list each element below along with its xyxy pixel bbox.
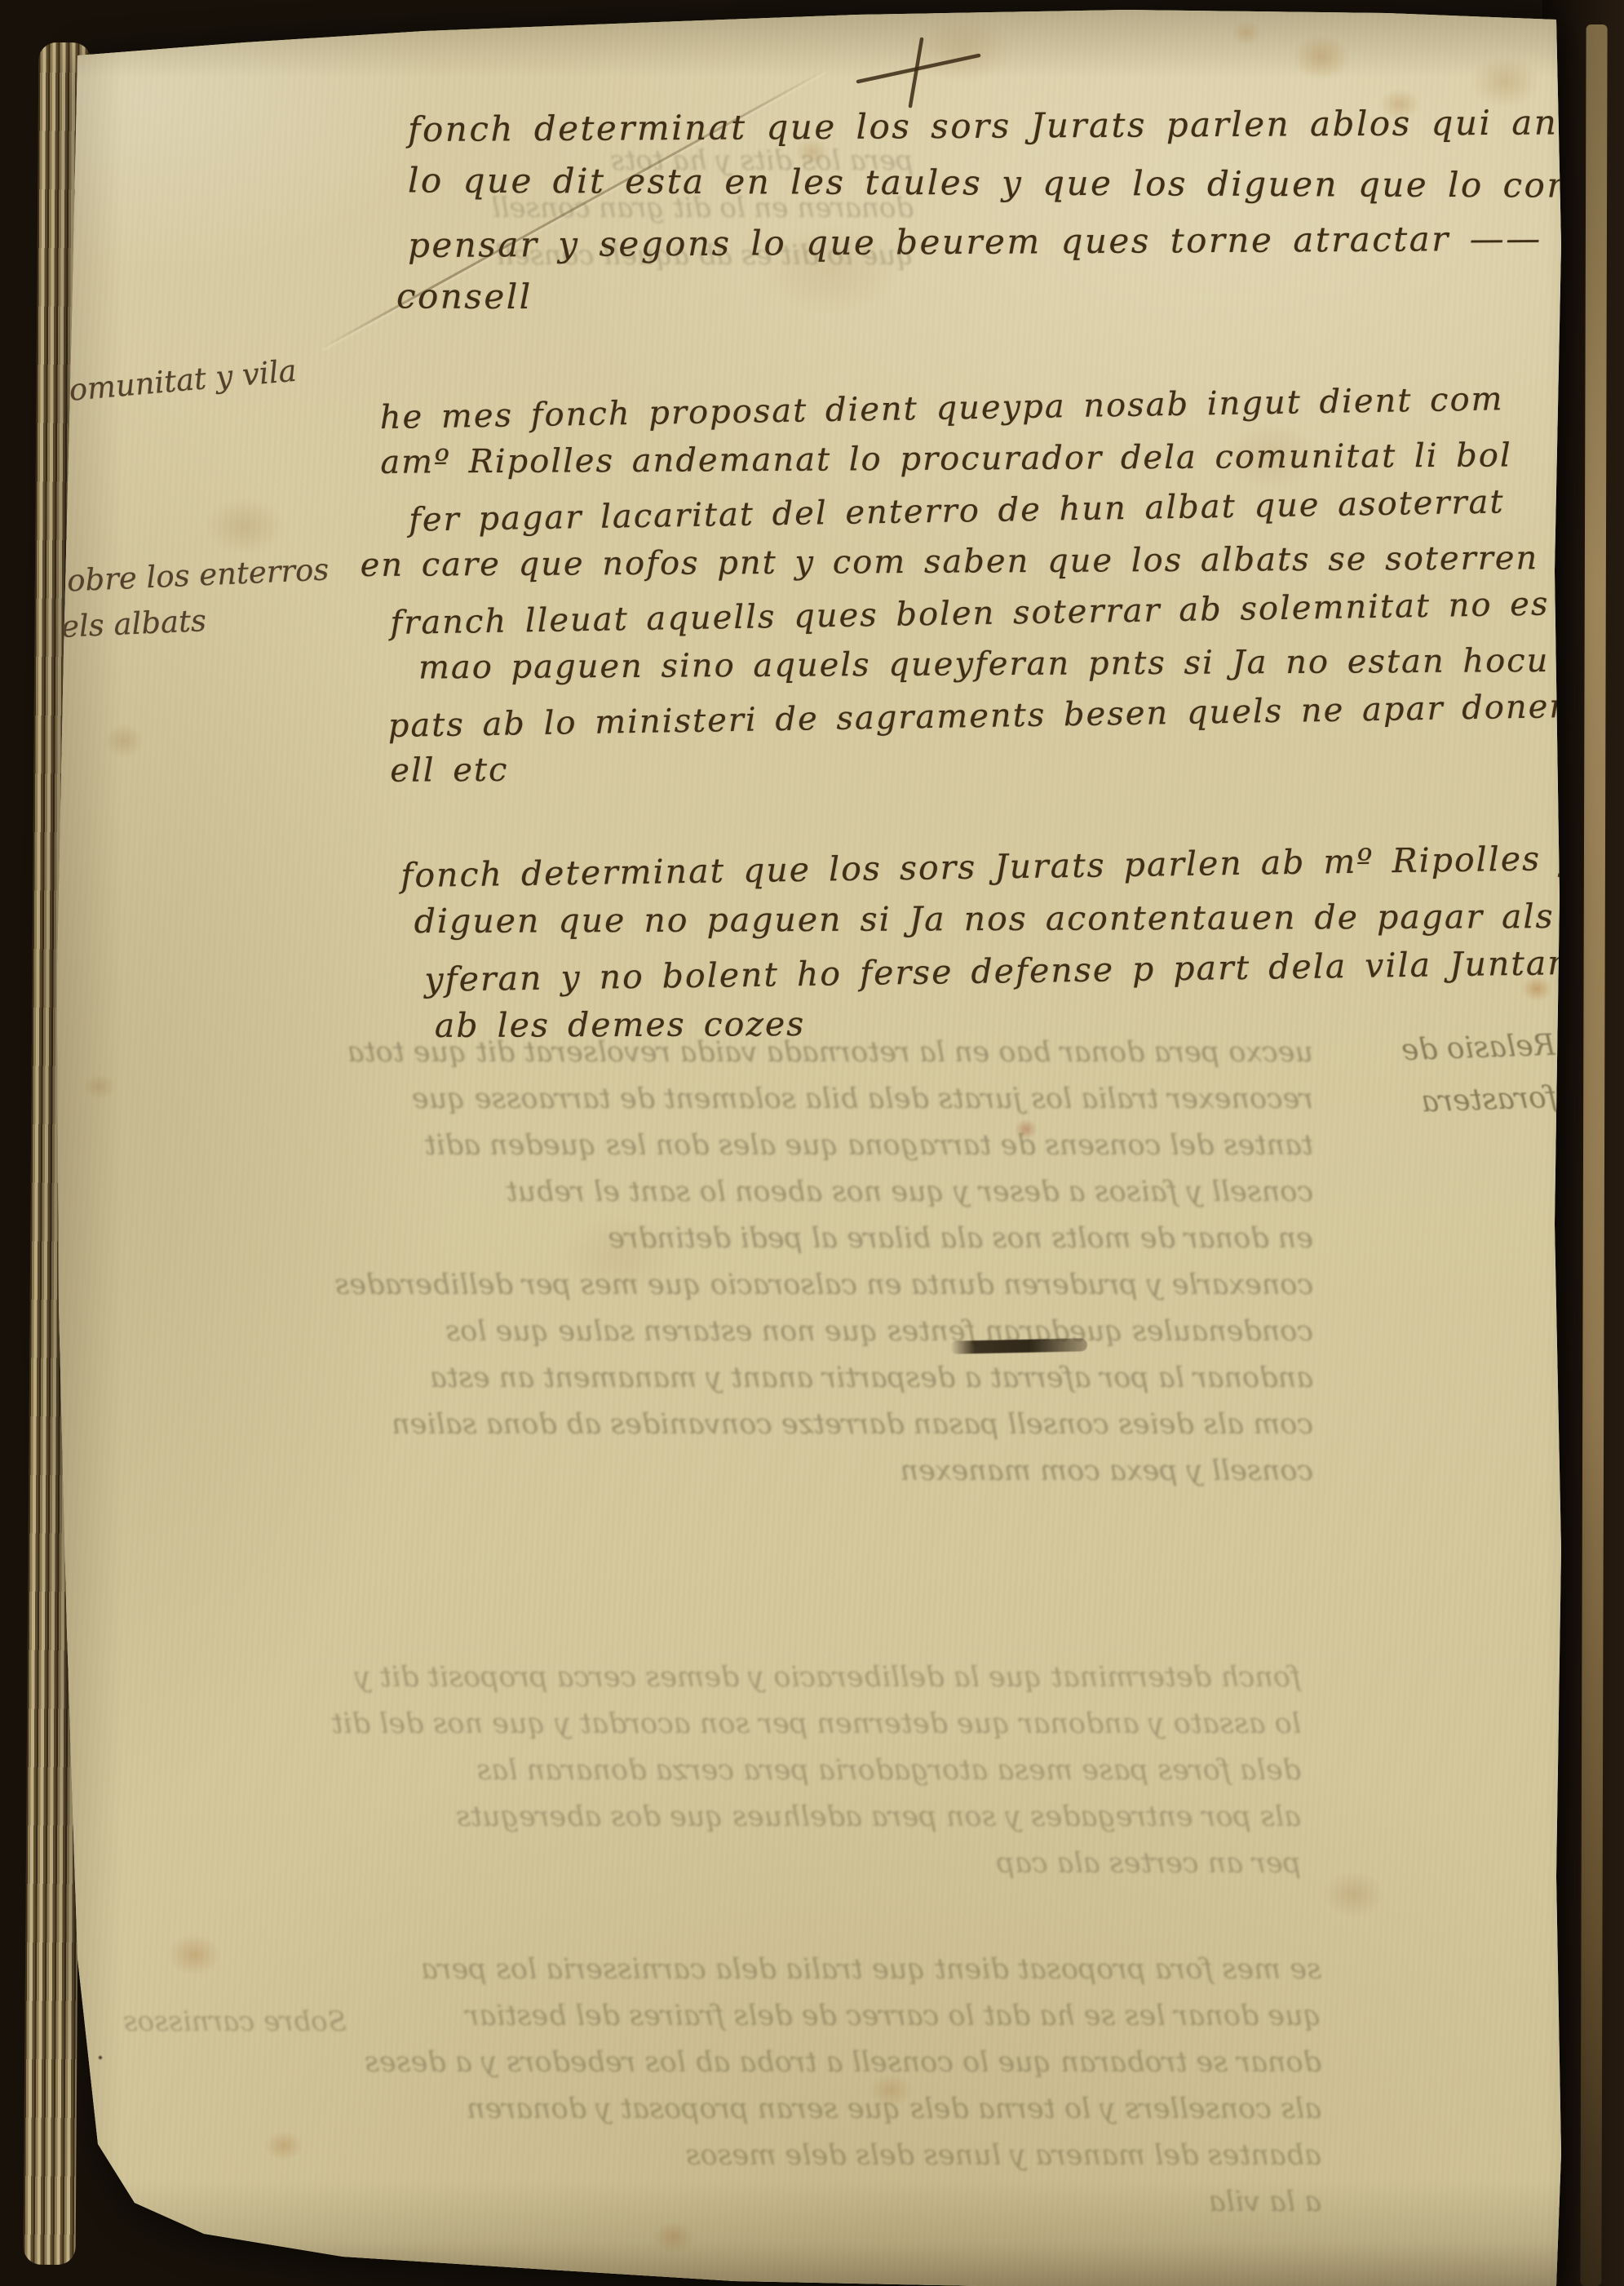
text-line: lo assato y andonar que deternen per son… [77, 1701, 1301, 1748]
text-line: consell y faisos a deser y que nos abeon… [77, 1169, 1313, 1216]
text-line: com als deies consell pasan darretze con… [77, 1402, 1313, 1448]
text-line: conexarle y pruderen dunta en calsoracio… [77, 1262, 1313, 1309]
text-line: en donar de molts nos ala bilare al pedi… [77, 1216, 1313, 1262]
manuscript-page: pera los dits y ha totsdonaren en lo dit… [0, 0, 1624, 2286]
text-line: uecxo pera donar bao en la retornada vai… [77, 1030, 1313, 1076]
text-line: se mes fora proposat dient que tralia de… [294, 1947, 1321, 1993]
text-line: que donar les se ha dat lo carrec de del… [294, 1993, 1321, 2040]
text-line: consell [396, 267, 1624, 330]
text-line: forastera [1292, 1072, 1558, 1133]
text-line: consell y pexa com manexen [77, 1448, 1313, 1495]
bleedthrough-text-block-3: se mes fora proposat dient que tralia de… [294, 1947, 1321, 2226]
margin-note-burials: Sobre los enterrosdels albats [46, 547, 332, 650]
text-line: fonch determinat que la delliberacio y d… [77, 1655, 1301, 1701]
bleedthrough-text-block-2: fonch determinat que la delliberacio y d… [77, 1655, 1301, 1887]
text-line: condenaules quedaran fentes que non esta… [77, 1309, 1313, 1355]
paragraph-resolution-2: fonch determinat que los sors Jurats par… [400, 835, 1624, 1054]
text-line: per an certes ala cap [77, 1841, 1301, 1887]
paragraph-proposal-burials: he mes fonch proposat dient queypa nosab… [379, 375, 1624, 800]
text-line: dela fores pase mesa atorgadoria pera ce… [77, 1748, 1301, 1794]
text-line: pensar y segons lo que beurem ques torne… [408, 208, 1624, 274]
text-line: andonar la por aferrat a despartir anant… [77, 1355, 1313, 1402]
text-line: als por entregades y son pera adelhues q… [77, 1794, 1301, 1841]
text-line: reconexer tralia los jurats dela bila so… [77, 1076, 1313, 1123]
text-line: ell etc [390, 738, 1624, 797]
text-line: fonch determinat que los sors Jurats par… [408, 92, 1624, 158]
text-line: donar se trobaran que lo consell a troba… [294, 2040, 1321, 2086]
text-line: als consellers y lo terna dels que seran… [294, 2086, 1321, 2133]
text-line: abantes del manera y lunes dels dele mes… [294, 2133, 1321, 2179]
paragraph-resolution-1: fonch determinat que los sors Jurats par… [408, 96, 1624, 328]
bleedthrough-text-block-1: uecxo pera donar bao en la retornada vai… [77, 1030, 1313, 1495]
page-wrap: pera los dits y ha totsdonaren en lo dit… [0, 0, 1624, 2286]
text-line: lo que dit esta en les taules y que los … [408, 151, 1624, 215]
text-line: tantes del consens de tarragona que ales… [77, 1123, 1313, 1169]
text-line: a la vila [294, 2179, 1321, 2226]
manuscript-scan: pera los dits y ha totsdonaren en lo dit… [0, 0, 1624, 2286]
